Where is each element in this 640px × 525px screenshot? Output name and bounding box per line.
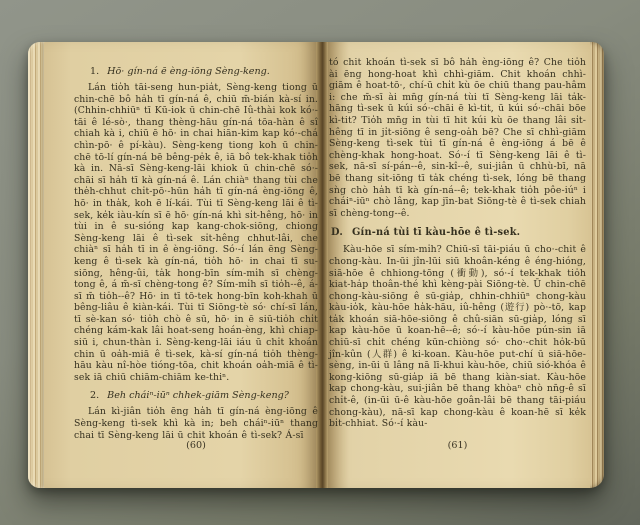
- right-page-edge-stack: [590, 42, 604, 488]
- paragraph-1: Lán tio̍h tāi-seng hun-pia̍t, Sèng-keng …: [74, 82, 318, 383]
- book: 1.Hō· gín-ná ē èng-iōng Sèng-keng. Lán t…: [28, 42, 604, 488]
- paragraph-2: Lán kì-jiân tio̍h ēng ha̍h tī gín-ná èng…: [74, 406, 318, 441]
- section-2-heading: 2.Beh cháiⁿ-iūⁿ chhek-giām Sèng-keng?: [90, 390, 318, 401]
- continuation-paragraph: tó chit khoán tì-sek sī bô ha̍h èng-iōng…: [329, 57, 586, 219]
- paragraph-3: Kàu-hōe sī sím-mi̍h? Chiū-sī tāi-piáu ū …: [329, 244, 586, 430]
- right-page-text: tó chit khoán tì-sek sī bô ha̍h èng-iōng…: [329, 57, 586, 430]
- right-page: tó chit khoán tì-sek sī bô ha̍h èng-iōng…: [328, 42, 590, 488]
- section-d-number: D.: [331, 227, 343, 238]
- section-2-number: 2.: [90, 390, 99, 401]
- section-1-number: 1.: [90, 66, 99, 77]
- background: 1.Hō· gín-ná ē èng-iōng Sèng-keng. Lán t…: [0, 0, 640, 525]
- section-1-heading: 1.Hō· gín-ná ē èng-iōng Sèng-keng.: [90, 66, 318, 77]
- left-page: 1.Hō· gín-ná ē èng-iōng Sèng-keng. Lán t…: [44, 42, 316, 488]
- left-page-edge-stack: [28, 42, 44, 488]
- section-d-heading: D.Gín-ná tùi tī kàu-hōe ê tì-sek.: [331, 227, 586, 238]
- section-1-title: Hō· gín-ná ē èng-iōng Sèng-keng.: [107, 66, 270, 77]
- page-number-right: (61): [329, 440, 586, 451]
- page-number-left: (60): [74, 440, 318, 451]
- section-d-title: Gín-ná tùi tī kàu-hōe ê tì-sek.: [352, 227, 520, 238]
- section-2-title: Beh cháiⁿ-iūⁿ chhek-giām Sèng-keng?: [107, 390, 289, 401]
- left-page-text: 1.Hō· gín-ná ē èng-iōng Sèng-keng. Lán t…: [74, 64, 318, 441]
